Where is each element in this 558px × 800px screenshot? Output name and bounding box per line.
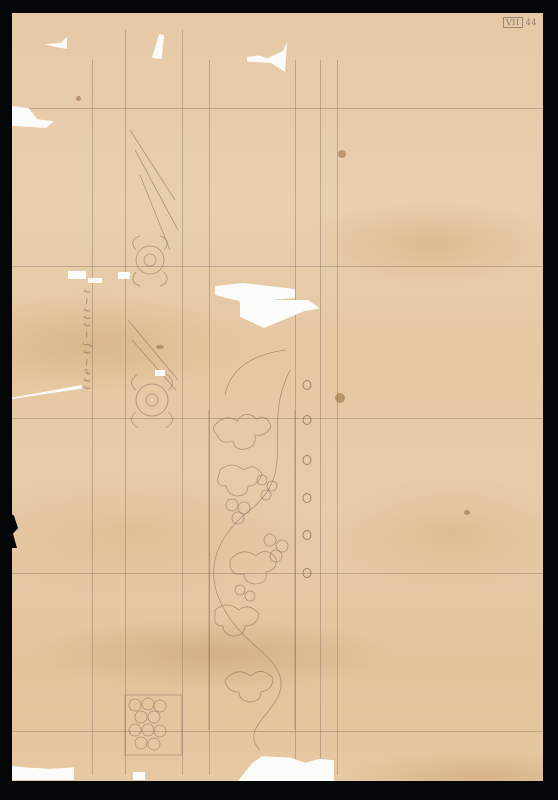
foxing-stain [335, 393, 345, 403]
bead-ring [303, 415, 312, 425]
foxing-stain [76, 96, 81, 101]
foxing-stain [338, 150, 346, 158]
bead-ring [303, 568, 312, 578]
bead-ring [303, 493, 312, 503]
bead-ring [303, 530, 312, 540]
catalog-mark-boxed: VII [503, 17, 523, 28]
grid-line [125, 30, 126, 775]
catalog-mark-number: 44 [526, 18, 537, 27]
grid-line [12, 418, 543, 419]
grid-line [12, 731, 543, 732]
catalog-mark: VII44 [503, 18, 537, 27]
grid-line [12, 108, 543, 109]
handwritten-note: ℓ ℓ ℯ ~ ℓ ∫ ~ ℓ ℓ ℓ ~ ℓ [82, 160, 112, 390]
paper-loss [155, 370, 165, 376]
foxing-stain [156, 345, 164, 349]
foxing-stain [464, 510, 470, 515]
paper-loss [118, 272, 130, 279]
bead-ring [303, 455, 312, 465]
grid-line [12, 573, 543, 574]
grid-line [182, 30, 183, 775]
paper-loss [133, 772, 145, 780]
bead-ring [303, 380, 312, 390]
